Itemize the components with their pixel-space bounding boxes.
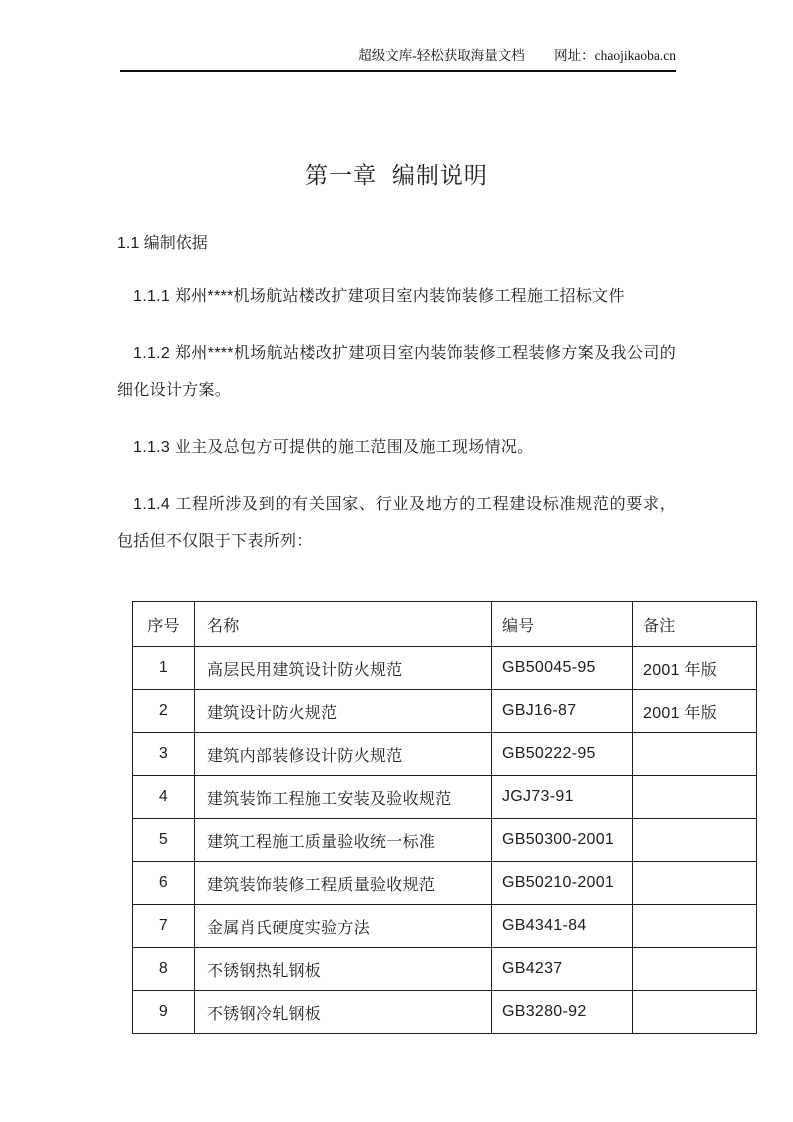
paragraph: 1.1.1 郑州****机场航站楼改扩建项目室内装饰装修工程施工招标文件 <box>117 278 676 315</box>
note-cell: 2001 年版 <box>633 647 757 690</box>
code-cell: JGJ73-91 <box>492 776 633 819</box>
name-cell: 高层民用建筑设计防火规范 <box>195 647 492 690</box>
paragraph: 1.1.3 业主及总包方可提供的施工范围及施工现场情况。 <box>117 429 676 466</box>
table-row: 4建筑装饰工程施工安装及验收规范JGJ73-91 <box>133 776 757 819</box>
table-row: 9不锈钢冷轧钢板GB3280-92 <box>133 991 757 1034</box>
code-cell: GB4237 <box>492 948 633 991</box>
section-heading: 1.1 编制依据 <box>117 234 676 253</box>
name-cell: 不锈钢热轧钢板 <box>195 948 492 991</box>
row-number-cell: 8 <box>133 948 195 991</box>
name-cell: 不锈钢冷轧钢板 <box>195 991 492 1034</box>
column-header: 名称 <box>195 602 492 647</box>
name-cell: 建筑工程施工质量验收统一标准 <box>195 819 492 862</box>
header-url-text: 网址：chaojikaoba.cn <box>554 48 676 63</box>
row-number-cell: 9 <box>133 991 195 1034</box>
column-header: 编号 <box>492 602 633 647</box>
page-header: 超级文库-轻松获取海量文档 网址：chaojikaoba.cn <box>120 47 676 72</box>
name-cell: 金属肖氏硬度实验方法 <box>195 905 492 948</box>
note-cell <box>633 776 757 819</box>
table-row: 3建筑内部装修设计防火规范GB50222-95 <box>133 733 757 776</box>
table-row: 5建筑工程施工质量验收统一标准GB50300-2001 <box>133 819 757 862</box>
code-cell: GB50210-2001 <box>492 862 633 905</box>
table-row: 8不锈钢热轧钢板GB4237 <box>133 948 757 991</box>
table-header-row: 序号名称编号备注 <box>133 602 757 647</box>
name-cell: 建筑内部装修设计防火规范 <box>195 733 492 776</box>
table-row: 2建筑设计防火规范GBJ16-872001 年版 <box>133 690 757 733</box>
name-cell: 建筑装饰工程施工安装及验收规范 <box>195 776 492 819</box>
row-number-cell: 7 <box>133 905 195 948</box>
code-cell: GB50222-95 <box>492 733 633 776</box>
note-cell <box>633 991 757 1034</box>
note-cell <box>633 862 757 905</box>
name-cell: 建筑设计防火规范 <box>195 690 492 733</box>
table-row: 1高层民用建筑设计防火规范GB50045-952001 年版 <box>133 647 757 690</box>
column-header: 序号 <box>133 602 195 647</box>
note-cell: 2001 年版 <box>633 690 757 733</box>
standards-table: 序号名称编号备注 1高层民用建筑设计防火规范GB50045-952001 年版2… <box>132 601 757 1034</box>
row-number-cell: 4 <box>133 776 195 819</box>
row-number-cell: 2 <box>133 690 195 733</box>
code-cell: GB3280-92 <box>492 991 633 1034</box>
code-cell: GB4341-84 <box>492 905 633 948</box>
column-header: 备注 <box>633 602 757 647</box>
code-cell: GB50300-2001 <box>492 819 633 862</box>
note-cell <box>633 733 757 776</box>
table-row: 6建筑装饰装修工程质量验收规范GB50210-2001 <box>133 862 757 905</box>
paragraph: 1.1.4 工程所涉及到的有关国家、行业及地方的工程建设标准规范的要求，包括但不… <box>117 486 676 560</box>
standards-table-body: 1高层民用建筑设计防火规范GB50045-952001 年版2建筑设计防火规范G… <box>133 647 757 1034</box>
section-paragraphs: 1.1.1 郑州****机场航站楼改扩建项目室内装饰装修工程施工招标文件1.1.… <box>117 278 676 560</box>
paragraph: 1.1.2 郑州****机场航站楼改扩建项目室内装饰装修工程装修方案及我公司的细… <box>117 335 676 409</box>
chapter-title: 第一章 编制说明 <box>117 157 676 190</box>
code-cell: GB50045-95 <box>492 647 633 690</box>
note-cell <box>633 819 757 862</box>
code-cell: GBJ16-87 <box>492 690 633 733</box>
row-number-cell: 3 <box>133 733 195 776</box>
note-cell <box>633 948 757 991</box>
row-number-cell: 5 <box>133 819 195 862</box>
document-page: 超级文库-轻松获取海量文档 网址：chaojikaoba.cn 第一章 编制说明… <box>0 0 793 1122</box>
row-number-cell: 6 <box>133 862 195 905</box>
document-content: 第一章 编制说明 1.1 编制依据 1.1.1 郑州****机场航站楼改扩建项目… <box>117 75 676 1034</box>
name-cell: 建筑装饰装修工程质量验收规范 <box>195 862 492 905</box>
standards-table-head: 序号名称编号备注 <box>133 602 757 647</box>
header-site-text: 超级文库-轻松获取海量文档 <box>358 48 525 63</box>
row-number-cell: 1 <box>133 647 195 690</box>
table-row: 7金属肖氏硬度实验方法GB4341-84 <box>133 905 757 948</box>
note-cell <box>633 905 757 948</box>
